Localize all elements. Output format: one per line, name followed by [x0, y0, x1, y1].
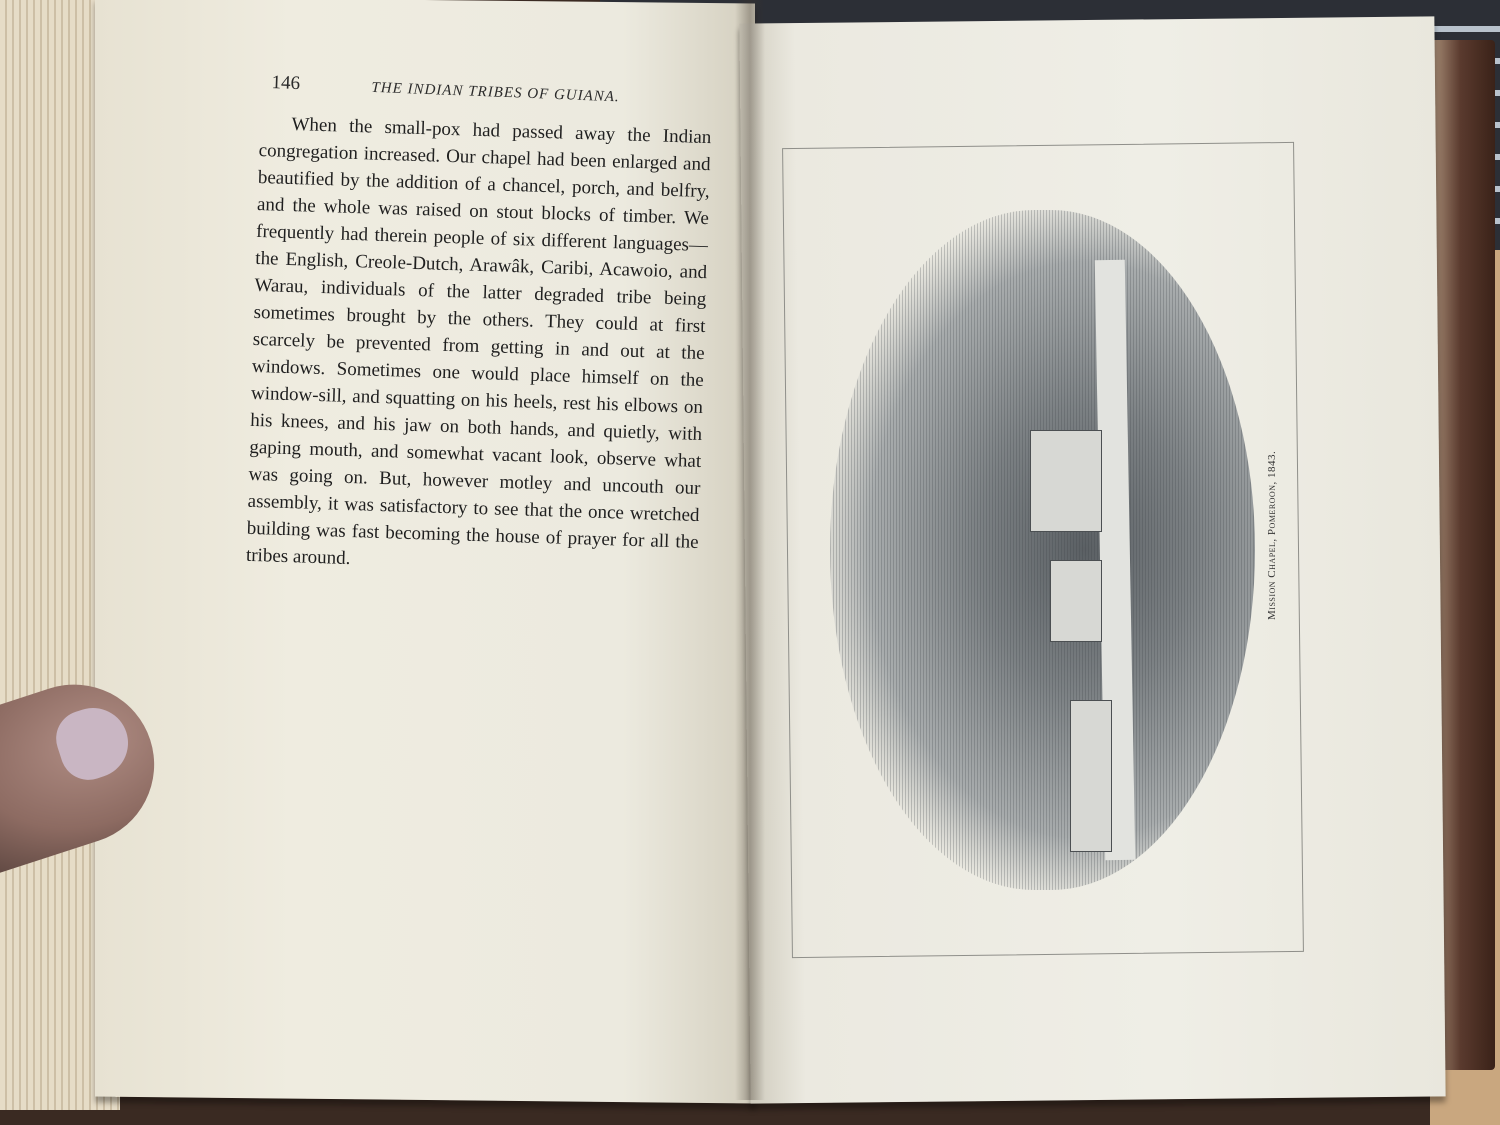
engraving-chapel [1030, 430, 1102, 532]
body-text: When the small-pox had passed away the I… [246, 110, 712, 583]
book-gutter [735, 0, 765, 1100]
paragraph: When the small-pox had passed away the I… [246, 110, 712, 583]
page-number: 146 [271, 72, 300, 95]
engraving-illustration [830, 210, 1255, 890]
engraving-house [1050, 560, 1102, 642]
plate-caption: Mission Chapel, Pomeroon, 1843. [1266, 451, 1278, 620]
engraving-house [1070, 700, 1112, 852]
